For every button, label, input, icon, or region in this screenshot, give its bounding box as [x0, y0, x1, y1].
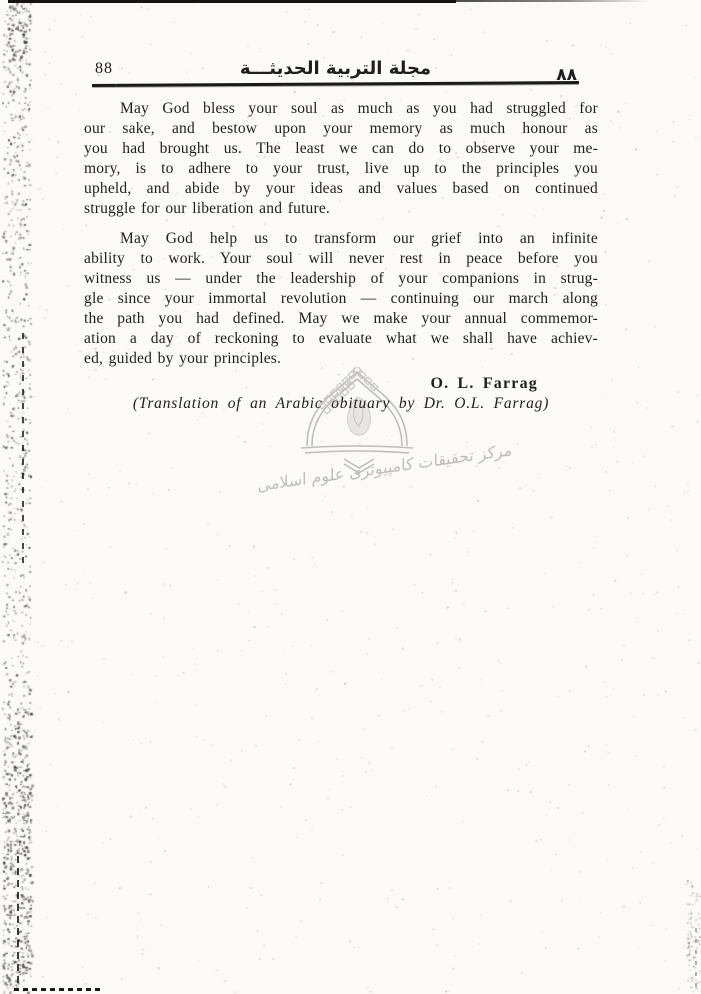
text-line: May God bless your soul as much as you h…	[84, 99, 598, 119]
journal-title-arabic: مجلة التربية الحديثـــة	[92, 58, 579, 79]
paragraph-2: May God help us to transform our grief i…	[84, 229, 598, 369]
signature: O. L. Farrag	[84, 375, 538, 393]
scan-edge-top-fade	[456, 0, 651, 2]
paragraph-1: May God bless your soul as much as you h…	[84, 99, 598, 219]
text-line: mory, is to adhere to your trust, live u…	[84, 159, 598, 179]
scanned-page: 88 مجلة التربية الحديثـــة ٨٨	[0, 0, 701, 994]
scan-edge-bottom-line	[14, 988, 102, 991]
text-line: struggle for our liberation and future.	[84, 199, 598, 219]
text-line: you had brought us. The least we can do …	[84, 139, 598, 159]
text-line: ability to work. Your soul will never re…	[84, 249, 598, 269]
text-line: ed, guided by your principles.	[84, 349, 598, 369]
text-line: gle since your immortal revolution — con…	[84, 289, 598, 309]
scan-edge-right-line	[695, 928, 697, 992]
text-line: ation a day of reckoning to evaluate wha…	[84, 329, 598, 349]
text-line: May God help us to transform our grief i…	[84, 229, 598, 249]
text-line: witness us — under the leadership of you…	[84, 269, 598, 289]
scan-edge-top	[8, 0, 456, 3]
text-line: the path you had defined. May we make yo…	[84, 309, 598, 329]
scan-edge-left-line	[17, 856, 19, 990]
scan-edge-left-line	[22, 333, 24, 568]
text-line: upheld, and abide by your ideas and valu…	[84, 179, 598, 199]
text-line: our sake, and bestow upon your memory as…	[84, 119, 598, 139]
attribution-line: (Translation of an Arabic obituary by Dr…	[84, 395, 598, 413]
